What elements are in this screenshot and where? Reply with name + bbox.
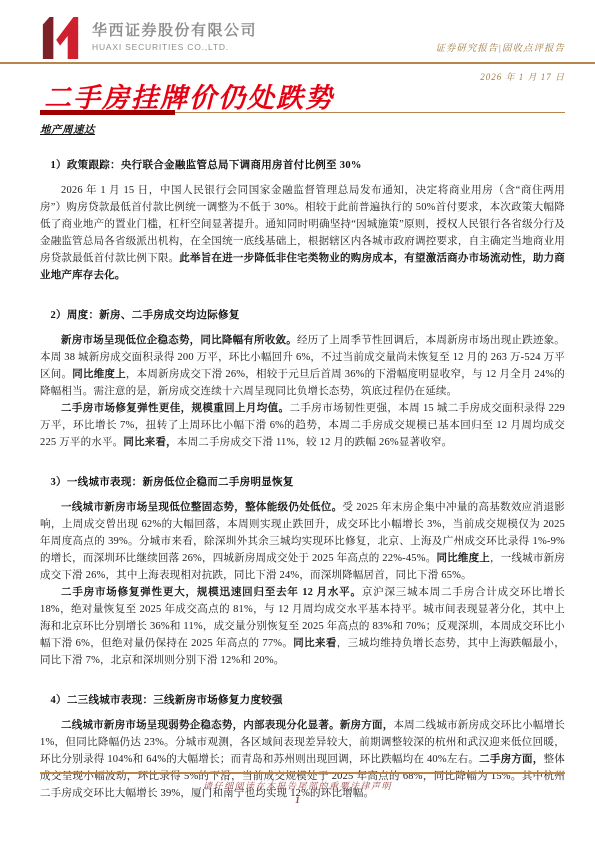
section-heading: 4）二三线城市表现：三线新房市场修复力度较强 xyxy=(40,693,565,708)
report-page: 华西证券股份有限公司 HUAXI SECURITIES CO.,LTD. 证券研… xyxy=(0,0,595,842)
company-name-en: HUAXI SECURITIES CO.,LTD. xyxy=(92,41,257,53)
footer-divider-line xyxy=(40,772,565,774)
text-run: 同比来看， xyxy=(123,437,177,448)
page-number: 1 xyxy=(0,796,595,806)
text-run: 二手房市场修复弹性更佳，规模重回上月均值。 xyxy=(61,403,289,414)
text-run: 同比维度上 xyxy=(436,553,490,564)
text-run: 同比来看 xyxy=(293,638,337,649)
section-heading: 3）一线城市表现：新房低位企稳而二手房明显恢复 xyxy=(40,475,565,490)
body-paragraph: 新房市场呈现低位企稳态势，同比降幅有所收敛。经历了上周季节性回调后，本周新房市场… xyxy=(40,332,565,400)
section-1: 1）政策跟踪：央行联合金融监管总局下调商用房首付比例至 30%2026 年 1 … xyxy=(40,158,565,284)
section-3: 3）一线城市表现：新房低位企稳而二手房明显恢复一线城市新房市场呈现低位整固态势，… xyxy=(40,475,565,669)
body-paragraph: 2026 年 1 月 15 日，中国人民银行会同国家金融监督管理总局发布通知，决… xyxy=(40,182,565,284)
body-paragraph: 二手房市场修复弹性更佳，规模重回上月均值。二手房市场韧性更强，本周 15 城二手… xyxy=(40,400,565,451)
body-paragraph: 一线城市新房市场呈现低位整固态势，整体能级仍处低位。受 2025 年末房企集中冲… xyxy=(40,499,565,584)
report-subtitle: 地产周速达 xyxy=(40,122,95,137)
section-2: 2）周度：新房、二手房成交均边际修复新房市场呈现低位企稳态势，同比降幅有所收敛。… xyxy=(40,308,565,451)
footer-disclaimer: 请仔细阅读在本报告尾部的重要法律声明 xyxy=(0,779,595,792)
text-run: 二手房方面， xyxy=(479,754,543,765)
text-run: 二手房市场修复弹性更大，规模迅速回归至去年 12 月水平。 xyxy=(61,587,362,598)
title-divider-red-bar xyxy=(40,110,175,115)
company-name-cn: 华西证券股份有限公司 xyxy=(92,21,257,41)
company-logo: 华西证券股份有限公司 HUAXI SECURITIES CO.,LTD. xyxy=(40,13,257,61)
text-run: 新房市场呈现低位企稳态势，同比降幅有所收敛。 xyxy=(61,335,297,346)
text-run: 一线城市新房市场呈现低位整固态势，整体能级仍处低位。 xyxy=(61,502,343,513)
body-paragraph: 二手房市场修复弹性更大，规模迅速回归至去年 12 月水平。京沪深三城本周二手房合… xyxy=(40,584,565,669)
text-run: 二线城市新房市场呈现弱势企稳态势，内部表现分化显著。新房方面， xyxy=(61,720,393,731)
company-name-block: 华西证券股份有限公司 HUAXI SECURITIES CO.,LTD. xyxy=(92,21,257,53)
text-run: 本周二手房成交下滑 11%，较 12 月的跌幅 26%显著收窄。 xyxy=(177,437,453,448)
huaxi-logo-icon xyxy=(40,13,82,61)
title-divider-gold-line xyxy=(175,112,565,113)
text-run: 同比维度上 xyxy=(72,369,126,380)
report-body: 1）政策跟踪：央行联合金融监管总局下调商用房首付比例至 30%2026 年 1 … xyxy=(40,150,565,802)
report-type-label: 证券研究报告|固收点评报告 xyxy=(435,40,565,54)
header-divider-line xyxy=(0,62,595,64)
section-heading: 1）政策跟踪：央行联合金融监管总局下调商用房首付比例至 30% xyxy=(40,158,565,173)
report-date: 2026 年 1 月 17 日 xyxy=(480,70,565,83)
section-heading: 2）周度：新房、二手房成交均边际修复 xyxy=(40,308,565,323)
title-divider xyxy=(40,110,565,115)
